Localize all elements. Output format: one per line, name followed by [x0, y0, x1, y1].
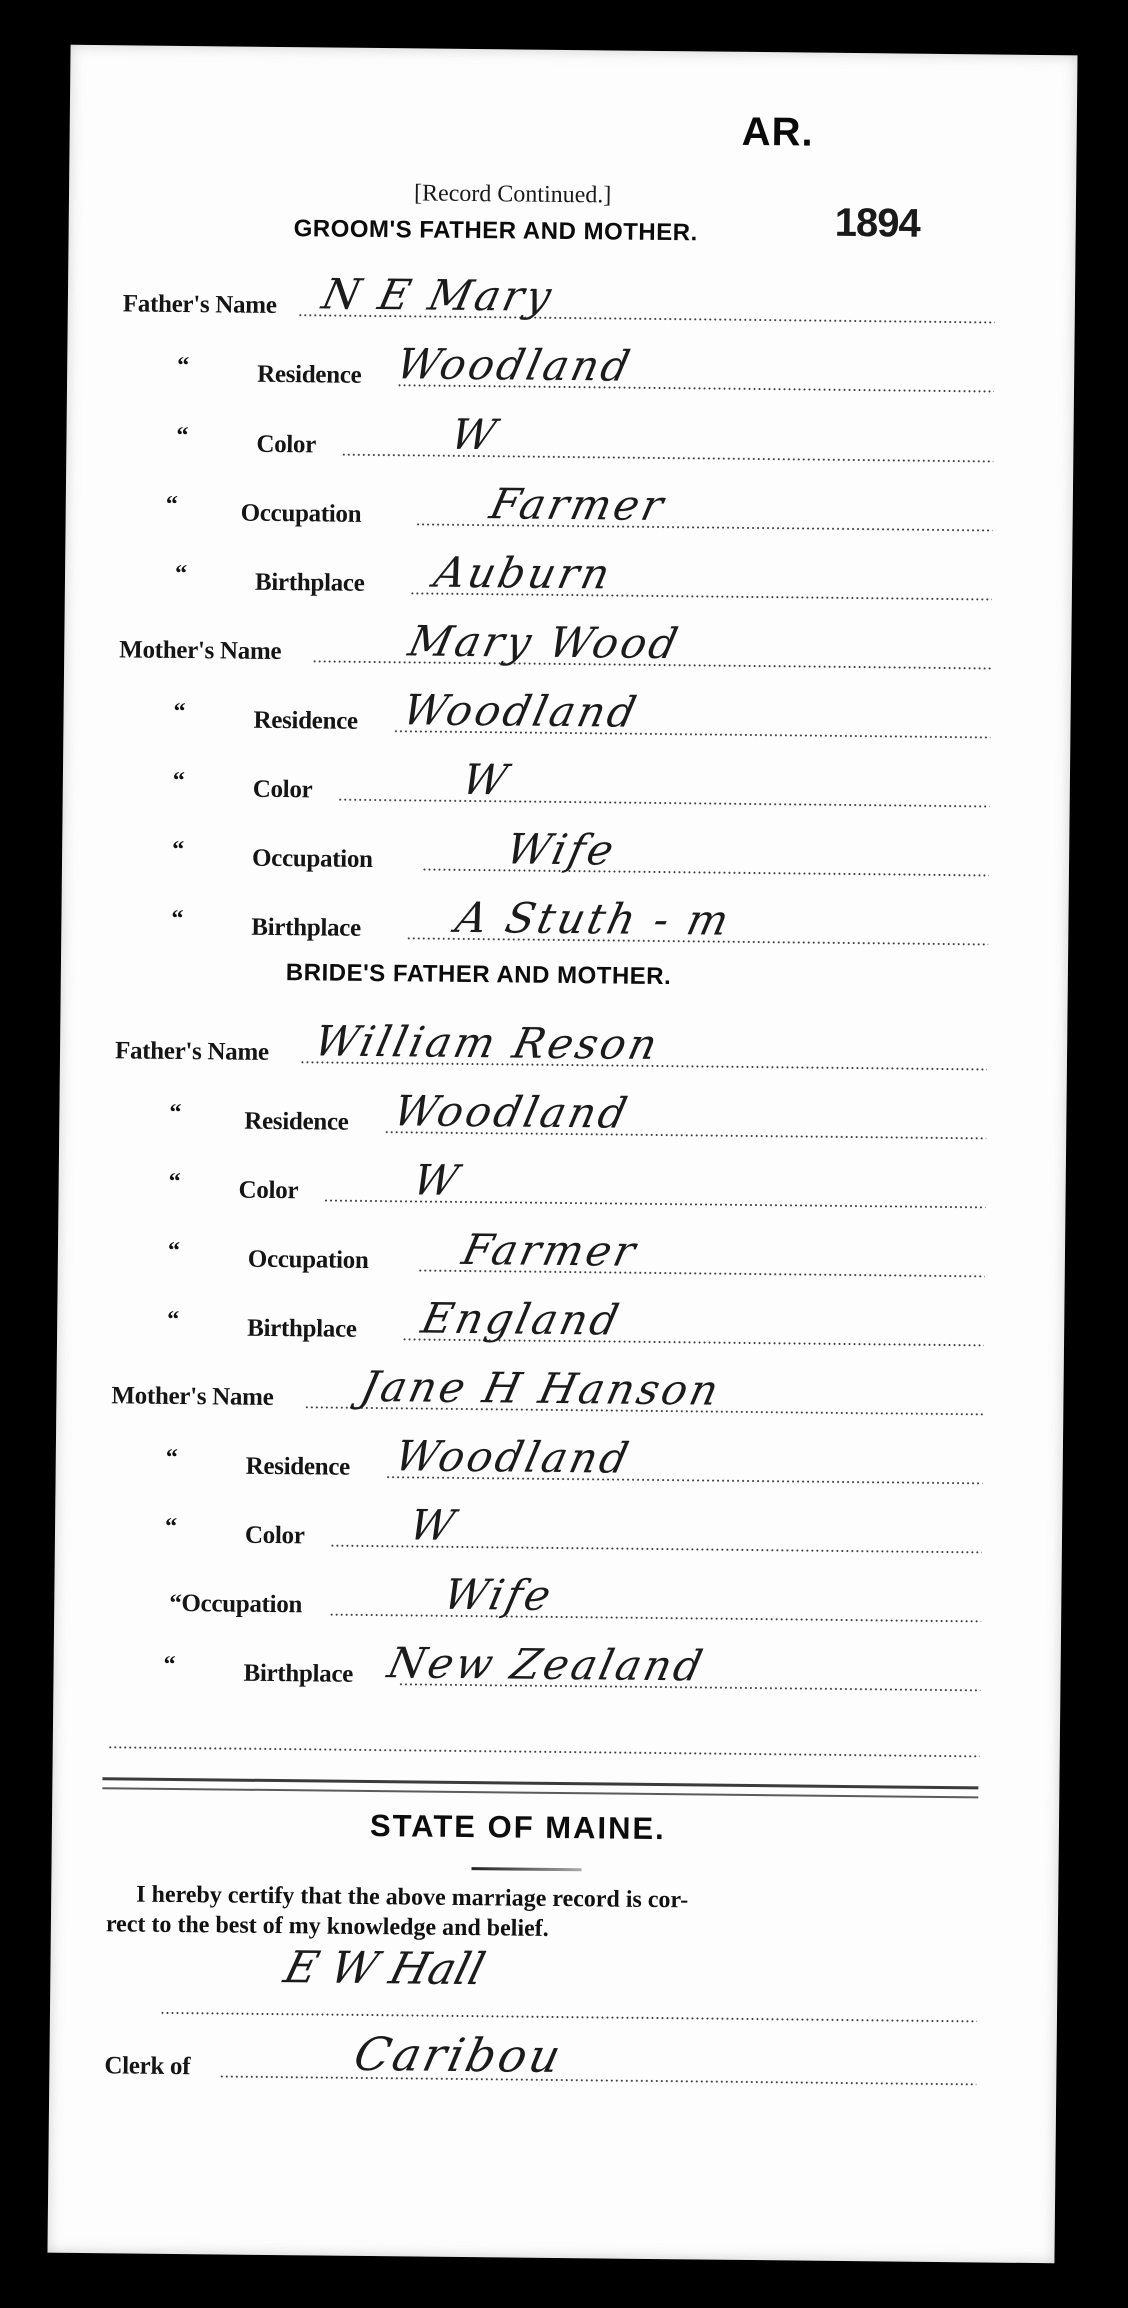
- ditto-mark: “: [169, 1100, 181, 1127]
- handwritten-value: Farmer: [486, 479, 671, 530]
- handwritten-value: Auburn: [430, 548, 617, 599]
- dotted-line: [341, 454, 993, 463]
- handwritten-value: William Reson: [310, 1016, 665, 1068]
- handwritten-value: Woodland: [391, 1431, 636, 1482]
- bride-father-color-row: “ Color W: [58, 1143, 1066, 1214]
- groom-father-birthplace-row: “ Birthplace Auburn: [65, 535, 1073, 606]
- field-label: Father's Name: [123, 290, 277, 320]
- signature-line-row: [50, 1957, 1058, 2028]
- handwritten-value: New Zealand: [383, 1638, 709, 1690]
- field-label: Color: [238, 1177, 298, 1206]
- handwritten-value: Farmer: [458, 1225, 643, 1276]
- handwritten-value: N E Mary: [318, 270, 559, 321]
- field-label: Color: [256, 431, 316, 460]
- handwritten-value: Woodland: [389, 1086, 634, 1137]
- dotted-line: [219, 2075, 976, 2085]
- ditto-mark: “: [168, 1238, 180, 1265]
- clerk-of-town-value: Caribou: [349, 2027, 568, 2083]
- bride-mother-occupation-row: “Occupation Wife: [54, 1557, 1062, 1628]
- ditto-mark: “: [173, 699, 185, 726]
- handwritten-value: Mary Wood: [404, 616, 685, 668]
- form-code: AR.: [741, 110, 813, 156]
- groom-father-occupation-row: “ Occupation Farmer: [66, 466, 1074, 537]
- ditto-mark: “: [175, 561, 187, 588]
- handwritten-value: Jane H Hanson: [356, 1362, 726, 1415]
- bride-father-birthplace-row: “ Birthplace England: [57, 1281, 1065, 1352]
- groom-mother-color-row: “ Color W: [63, 742, 1071, 813]
- field-label: Occupation: [248, 1246, 369, 1275]
- section-divider-double-rule: [102, 1777, 978, 1798]
- blank-line-row: [53, 1692, 1061, 1763]
- ditto-mark: “: [167, 1307, 179, 1334]
- field-label: Father's Name: [115, 1037, 269, 1067]
- field-label: Residence: [257, 361, 362, 390]
- ditto-mark: “: [166, 492, 178, 519]
- groom-section-heading: GROOM'S FATHER AND MOTHER.: [294, 215, 698, 247]
- handwritten-value: Woodland: [392, 339, 637, 390]
- marriage-record-page: AR. [Record Continued.] 1894 GROOM'S FAT…: [47, 45, 1077, 2263]
- handwritten-value: W: [405, 1500, 462, 1549]
- field-label: Residence: [246, 1453, 351, 1482]
- ditto-mark: “: [177, 353, 189, 380]
- bride-mother-color-row: “ Color W: [55, 1488, 1063, 1559]
- field-label: Birthplace: [251, 914, 361, 943]
- ditto-mark: “: [166, 1445, 178, 1472]
- field-label: “Occupation: [169, 1590, 302, 1619]
- groom-mother-name-row: Mother's Name Mary Wood: [64, 604, 1072, 675]
- groom-father-name-row: Father's Name N E Mary: [68, 258, 1076, 329]
- handwritten-value: England: [417, 1294, 626, 1345]
- groom-mother-residence-row: “ Residence Woodland: [63, 673, 1071, 744]
- certification-statement-line1: I hereby certify that the above marriage…: [136, 1882, 688, 1915]
- bride-father-occupation-row: “ Occupation Farmer: [58, 1212, 1066, 1283]
- dotted-line: [329, 1614, 981, 1623]
- field-label: Mother's Name: [119, 636, 281, 666]
- handwritten-value: W: [458, 755, 515, 804]
- clerk-of-label: Clerk of: [104, 2052, 190, 2081]
- ditto-mark: “: [176, 423, 188, 450]
- record-year: 1894: [835, 201, 920, 247]
- field-label: Residence: [244, 1108, 349, 1137]
- bride-father-residence-row: “ Residence Woodland: [59, 1074, 1067, 1145]
- state-title: STATE OF MAINE.: [370, 1808, 666, 1847]
- record-continued-note: [Record Continued.]: [414, 180, 612, 209]
- handwritten-value: Woodland: [398, 685, 643, 736]
- ditto-mark: “: [169, 1169, 181, 1196]
- field-label: Residence: [253, 707, 358, 736]
- clerk-of-row: Clerk of Caribou: [49, 2020, 1057, 2091]
- field-label: Color: [245, 1522, 305, 1551]
- handwritten-value: A Stuth - m: [451, 893, 736, 945]
- bride-mother-name-row: Mother's Name Jane H Hanson: [56, 1350, 1064, 1421]
- field-label: Birthplace: [247, 1315, 357, 1344]
- handwritten-value: Wife: [439, 1570, 558, 1620]
- groom-father-residence-row: “ Residence Woodland: [67, 327, 1075, 398]
- groom-mother-occupation-row: “ Occupation Wife: [62, 811, 1070, 882]
- dotted-line: [160, 2012, 977, 2023]
- field-label: Birthplace: [255, 569, 365, 598]
- dotted-line: [338, 799, 990, 808]
- field-label: Birthplace: [243, 1660, 353, 1689]
- dotted-line: [108, 1746, 980, 1757]
- ditto-mark: “: [165, 1514, 177, 1541]
- bride-mother-birthplace-row: “ Birthplace New Zealand: [53, 1626, 1061, 1697]
- groom-father-color-row: “ Color W: [66, 397, 1074, 468]
- certification-statement-line2: rect to the best of my knowledge and bel…: [106, 1911, 549, 1943]
- ditto-mark: “: [173, 768, 185, 795]
- field-label: Mother's Name: [111, 1382, 273, 1412]
- field-label: Occupation: [241, 500, 362, 529]
- bride-section-heading: BRIDE'S FATHER AND MOTHER.: [286, 959, 672, 991]
- handwritten-value: Wife: [502, 824, 621, 874]
- field-label: Occupation: [252, 845, 373, 874]
- groom-mother-birthplace-row: “ Birthplace A Stuth - m: [61, 880, 1069, 951]
- short-rule: [471, 1867, 581, 1871]
- field-label: Color: [253, 776, 313, 805]
- bride-father-name-row: Father's Name William Reson: [60, 1005, 1068, 1076]
- handwritten-value: W: [408, 1156, 465, 1205]
- ditto-mark: “: [171, 906, 183, 933]
- handwritten-value: W: [446, 410, 503, 459]
- ditto-mark: “: [172, 837, 184, 864]
- bride-mother-residence-row: “ Residence Woodland: [56, 1419, 1064, 1490]
- ditto-mark: “: [163, 1652, 175, 1679]
